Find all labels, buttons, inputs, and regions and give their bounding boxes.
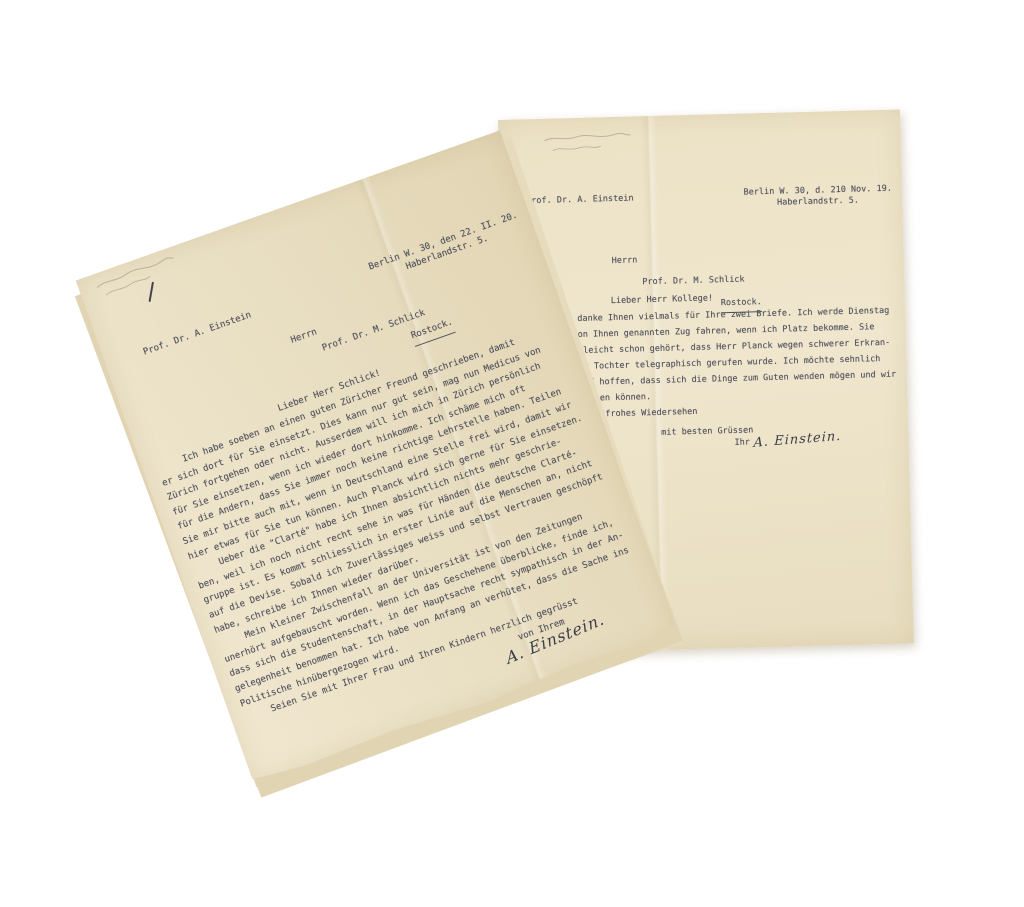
recipient-title: Herrn (289, 325, 320, 349)
recipient-name: Prof. Dr. M. Schlick (642, 272, 745, 291)
sender-line: Prof. Dr. A. Einstein (141, 308, 253, 361)
date-block: Berlin W. 30, d. 210 Nov. 19. Haberlands… (743, 184, 892, 210)
pencil-annotation (91, 251, 185, 306)
recipient-title: Herrn (612, 252, 638, 269)
salutation: Lieber Herr Kollege! (611, 290, 714, 309)
signature: A. Einstein. (754, 429, 842, 452)
sender-line: Prof. Dr. A. Einstein (526, 190, 634, 209)
pencil-annotation (538, 130, 635, 159)
photograph-of-two-letters: Prof. Dr. A. Einstein Berlin W. 30, d. 2… (0, 0, 1024, 907)
signature-prefix: Ihr (734, 438, 750, 448)
signature-row: IhrA. Einstein. (734, 431, 842, 451)
